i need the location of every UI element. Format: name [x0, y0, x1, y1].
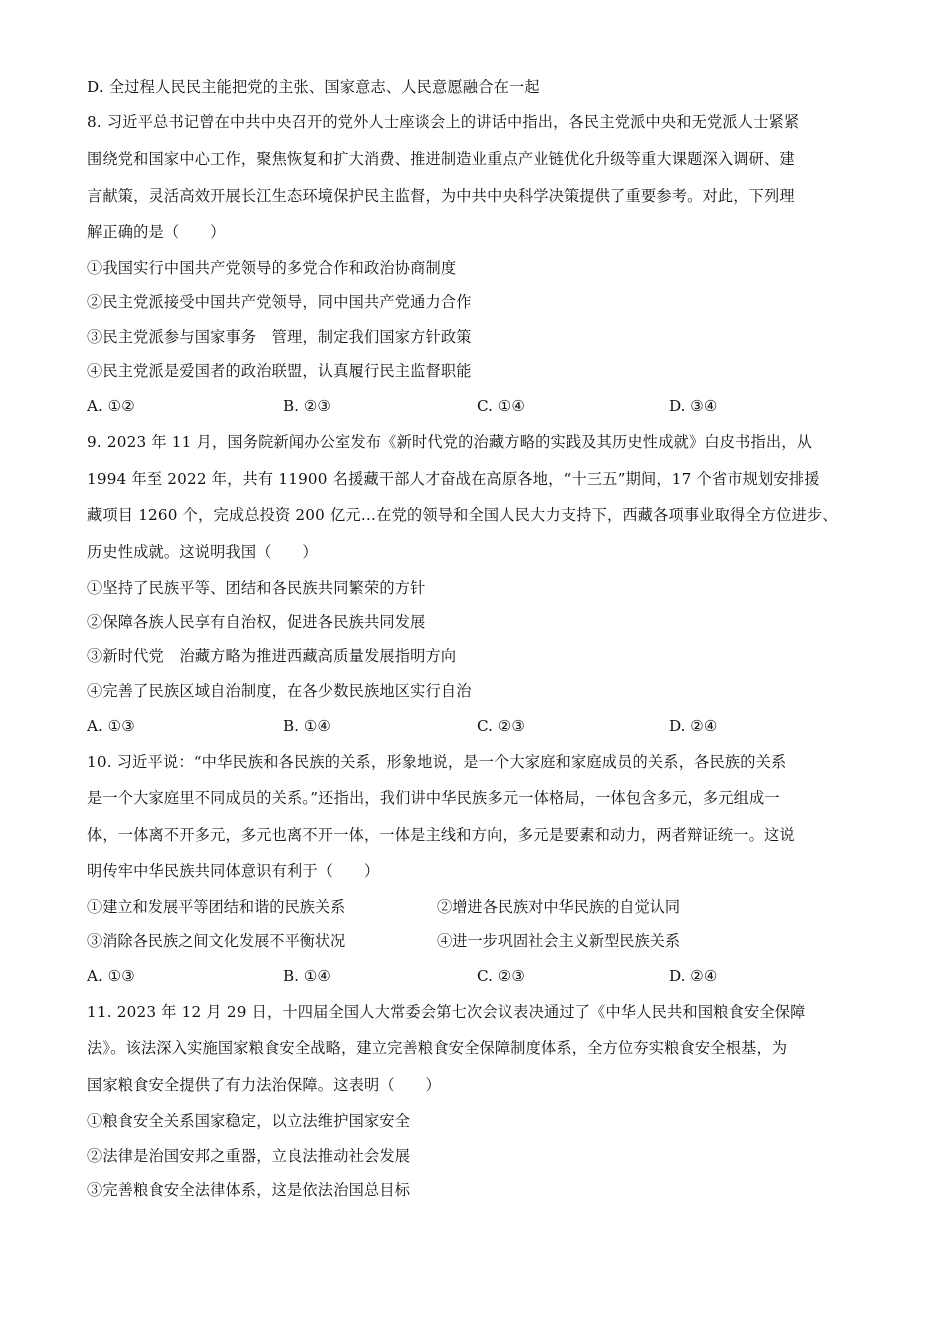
- q8-statement-2: ②民主党派接受中国共产党领导，同中国共产党通力合作: [87, 292, 472, 312]
- q9-choice-c: C. ②③: [477, 716, 525, 736]
- q8-stem-line: 解正确的是（ ）: [87, 222, 226, 242]
- q9-choice-d: D. ②④: [669, 716, 718, 736]
- q10-stem-line: 体，一体离不开多元，多元也离不开一体，一体是主线和方向，多元是要素和动力，两者辩…: [87, 825, 795, 845]
- q9-statement-2: ②保障各族人民享有自治权，促进各民族共同发展: [87, 612, 426, 632]
- q10-statement-1: ①建立和发展平等团结和谐的民族关系: [87, 897, 345, 917]
- q8-stem-line: 围绕党和国家中心工作，聚焦恢复和扩大消费、推进制造业重点产业链优化升级等重大课题…: [87, 149, 795, 169]
- q9-statement-4: ④完善了民族区域自治制度，在各少数民族地区实行自治: [87, 681, 472, 701]
- q8-stem-line: 8. 习近平总书记曾在中共中央召开的党外人士座谈会上的讲话中指出，各民主党派中央…: [87, 112, 799, 132]
- q10-statement-4: ④进一步巩固社会主义新型民族关系: [437, 931, 680, 951]
- q10-choice-b: B. ①④: [283, 966, 331, 986]
- q10-stem-line: 明传牢中华民族共同体意识有利于（ ）: [87, 861, 379, 881]
- q8-choice-a: A. ①②: [87, 396, 135, 416]
- q11-statement-3: ③完善粮食安全法律体系，这是依法治国总目标: [87, 1180, 410, 1200]
- q9-stem-line: 藏项目 1260 个，完成总投资 200 亿元…在党的领导和全国人民大力支持下，…: [87, 505, 838, 525]
- q8-stem-line: 言献策，灵活高效开展长江生态环境保护民主监督，为中共中央科学决策提供了重要参考。…: [87, 186, 795, 206]
- q9-statement-1: ①坚持了民族平等、团结和各民族共同繁荣的方针: [87, 578, 426, 598]
- q10-choice-a: A. ①③: [87, 966, 135, 986]
- q8-choice-b: B. ②③: [283, 396, 331, 416]
- q10-statement-3: ③消除各民族之间文化发展不平衡状况: [87, 931, 345, 951]
- q9-choice-a: A. ①③: [87, 716, 135, 736]
- q10-stem-line: 10. 习近平说：“中华民族和各民族的关系，形象地说，是一个大家庭和家庭成员的关…: [87, 752, 786, 772]
- q11-stem-line: 国家粮食安全提供了有力法治保障。这表明（ ）: [87, 1075, 441, 1095]
- q8-choice-c: C. ①④: [477, 396, 525, 416]
- q8-choice-d: D. ③④: [669, 396, 718, 416]
- exam-page: D. 全过程人民民主能把党的主张、国家意志、人民意愿融合在一起 8. 习近平总书…: [0, 0, 950, 1344]
- q7-option-d: D. 全过程人民民主能把党的主张、国家意志、人民意愿融合在一起: [87, 77, 540, 97]
- q9-stem-line: 历史性成就。这说明我国（ ）: [87, 542, 318, 562]
- q11-stem-line: 法》。该法深入实施国家粮食安全战略，建立完善粮食安全保障制度体系，全方位夯实粮食…: [87, 1038, 787, 1058]
- q9-stem-line: 9. 2023 年 11 月，国务院新闻办公室发布《新时代党的治藏方略的实践及其…: [87, 432, 812, 452]
- q11-stem-line: 11. 2023 年 12 月 29 日，十四届全国人大常委会第七次会议表决通过…: [87, 1002, 806, 1022]
- q9-statement-3: ③新时代党 治藏方略为推进西藏高质量发展指明方向: [87, 646, 456, 666]
- q11-statement-1: ①粮食安全关系国家稳定，以立法维护国家安全: [87, 1111, 410, 1131]
- q10-statement-2: ②增进各民族对中华民族的自觉认同: [437, 897, 680, 917]
- q10-stem-line: 是一个大家庭里不同成员的关系。”还指出，我们讲中华民族多元一体格局，一体包含多元…: [87, 788, 780, 808]
- q10-choice-c: C. ②③: [477, 966, 525, 986]
- q11-statement-2: ②法律是治国安邦之重器，立良法推动社会发展: [87, 1146, 410, 1166]
- q8-statement-4: ④民主党派是爱国者的政治联盟，认真履行民主监督职能: [87, 361, 472, 381]
- q9-choice-b: B. ①④: [283, 716, 331, 736]
- q9-stem-line: 1994 年至 2022 年，共有 11900 名援藏干部人才奋战在高原各地，“…: [87, 469, 820, 489]
- q8-statement-1: ①我国实行中国共产党领导的多党合作和政治协商制度: [87, 258, 456, 278]
- q8-statement-3: ③民主党派参与国家事务 管理，制定我们国家方针政策: [87, 327, 472, 347]
- q10-choice-d: D. ②④: [669, 966, 718, 986]
